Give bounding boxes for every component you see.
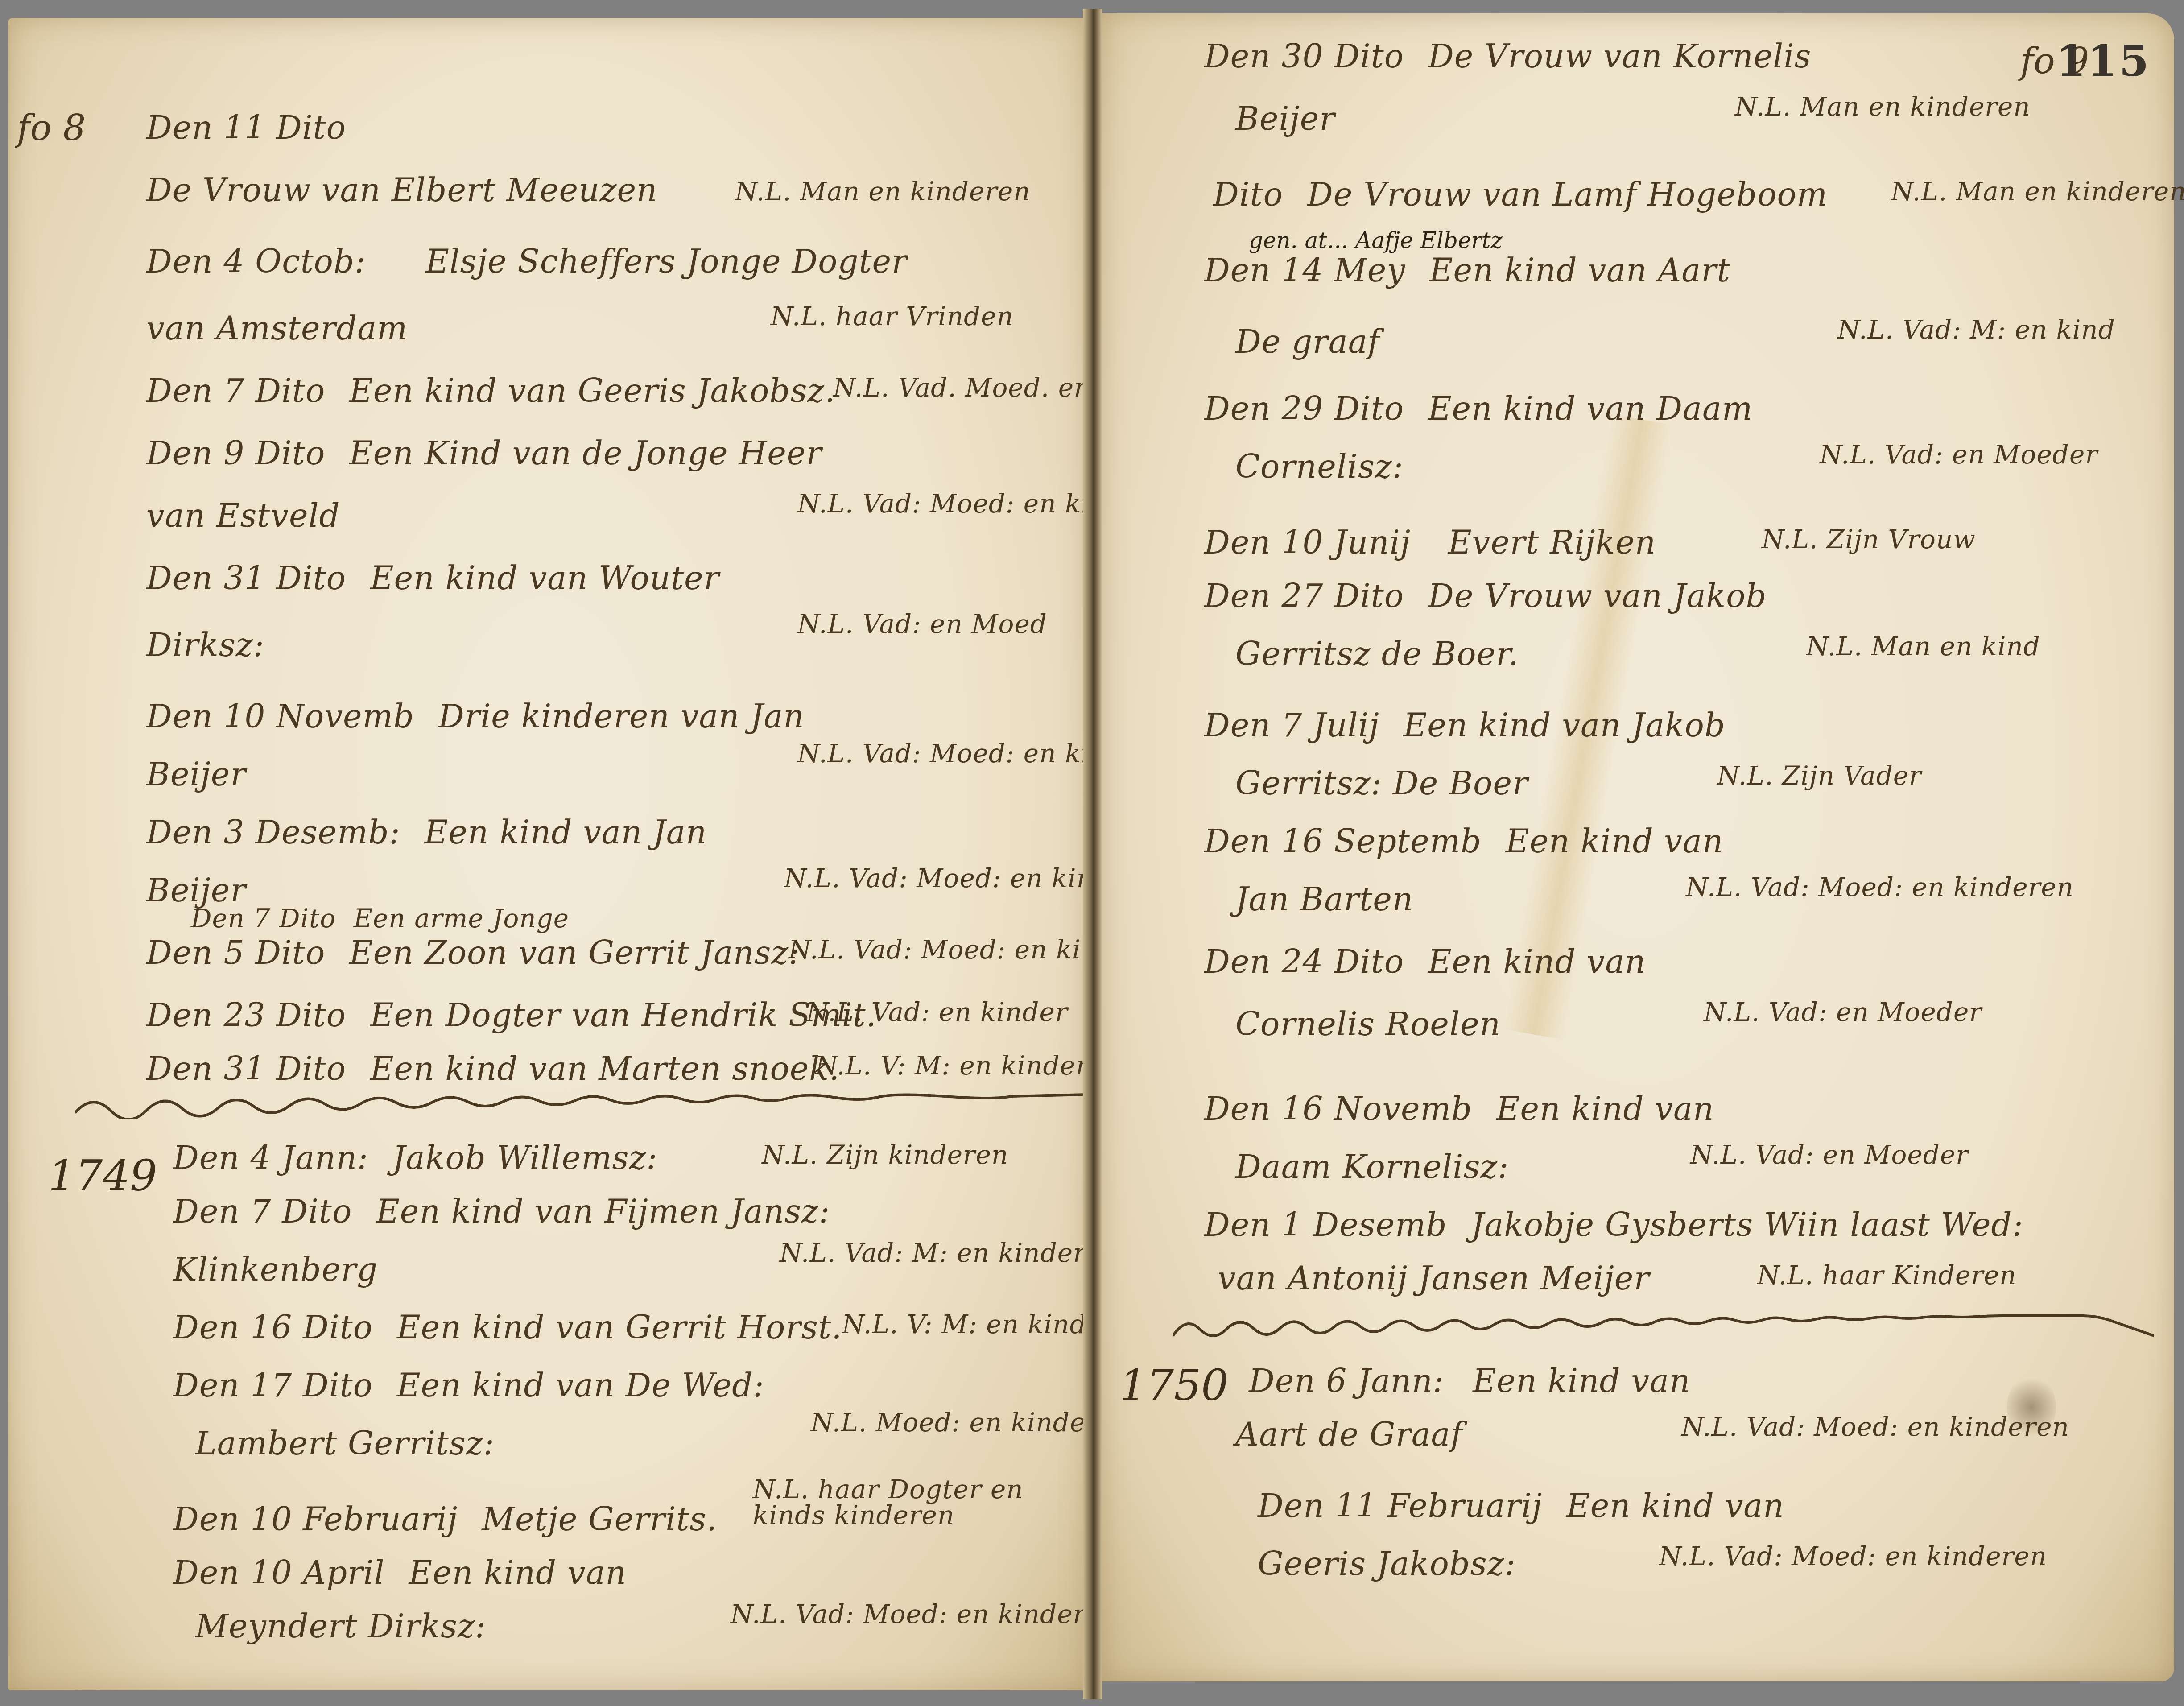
entry-line: Den 4 Jann: Jakob Willemsz: N.L. Zijn ki… (173, 1142, 658, 1174)
entry-survivors: N.L. Zijn kinderen (762, 1142, 1008, 1168)
entry-date: Den 7 Dito (146, 372, 325, 409)
entry-survivors: N.L. Vad: M: en kinderen (780, 1240, 1119, 1266)
entry-line: Lambert Gerritsz: N.L. Moed: en kinderen (195, 1427, 495, 1459)
open-register-book: fo 8 Den 11 Dito De Vrouw van Elbert Mee… (0, 0, 2184, 1706)
entry-date: Den 16 Septemb (1204, 822, 1482, 860)
left-page: fo 8 Den 11 Dito De Vrouw van Elbert Mee… (8, 18, 1087, 1690)
entry-text: Drie kinderen van Jan (438, 698, 805, 735)
year-divider-flourish (75, 1093, 1087, 1119)
entry-date: Den 7 Dito (191, 903, 336, 934)
entry-line: Daam Kornelisz: N.L. Vad: en Moeder (1235, 1151, 1509, 1183)
entry-date: Den 30 Dito (1204, 37, 1404, 75)
entry-line: Den 29 Dito Een kind van Daam (1204, 392, 1753, 425)
entry-line: Beijer N.L. Vad: Moed: en kinderen (146, 758, 246, 790)
entry-date: Den 11 Dito (146, 109, 346, 146)
entry-line: Den 31 Dito Een kind van Wouter (146, 562, 719, 594)
year-label: 1750 (1119, 1360, 1228, 1410)
entry-line: Den 16 Novemb Een kind van (1204, 1093, 1714, 1125)
entry-text: Dirksz: (146, 626, 264, 664)
right-page: fo 9 115 Den 30 Dito De Vrouw van Kornel… (1102, 13, 2174, 1681)
entry-line: Geeris Jakobsz: N.L. Vad: Moed: en kinde… (1258, 1548, 1516, 1580)
entry-survivors: N.L. haar Kinderen (1757, 1262, 2017, 1288)
entry-line: Den 5 Dito Een Zoon van Gerrit Jansz: N.… (146, 937, 800, 969)
entry-text: Jakob Willemsz: (392, 1139, 658, 1177)
inserted-annotation: gen. at... Aafje Elbertz (1249, 227, 1503, 253)
entry-line: Den 6 Jann: Een kind van (1249, 1365, 1690, 1397)
entry-survivors: N.L. Vad: Moed: en kinderen (1686, 874, 2074, 900)
entry-line: Den 31 Dito Een kind van Marten snoek. N… (146, 1053, 840, 1085)
entry-line: Beijer N.L. Vad: Moed: en kinder (146, 874, 246, 906)
entry-text: van Amsterdam (146, 310, 408, 347)
entry-text: Beijer (146, 756, 246, 793)
entry-survivors: N.L. Vad: M: en kind (1837, 317, 2115, 343)
entry-date: Den 23 Dito (146, 996, 346, 1034)
entry-line: Den 10 April Een kind van (173, 1557, 627, 1589)
entry-date: Den 10 April (173, 1554, 385, 1591)
entry-survivors: N.L. Man en kinderen (735, 178, 1031, 204)
entry-text: Een kind van Jakob (1404, 706, 1726, 744)
entry-line: Den 1 Desemb Jakobje Gysberts Wiin laast… (1204, 1209, 2023, 1241)
entry-date: Den 27 Dito (1204, 577, 1404, 615)
entry-date: Den 14 Mey (1204, 252, 1405, 289)
entry-survivors: N.L. haar Vrinden (771, 303, 1014, 329)
entry-text: Een kind van (1566, 1487, 1784, 1524)
entry-survivors: N.L. V: M: en kinder (815, 1053, 1089, 1078)
entry-line: Den 23 Dito Een Dogter van Hendrik Smit.… (146, 999, 877, 1031)
entry-text: Een kind van Jan (425, 814, 707, 851)
entry-text: Een kind van Fijmen Jansz: (376, 1193, 830, 1230)
entry-text: Jan Barten (1235, 880, 1413, 918)
entry-line: Den 16 Dito Een kind van Gerrit Horst. N… (173, 1311, 842, 1343)
entry-survivors: N.L. Vad: en Moed (797, 611, 1047, 637)
entry-line: De Vrouw van Elbert Meeuzen N.L. Man en … (146, 174, 657, 206)
entry-line: Den 10 Junij Evert Rijken N.L. Zijn Vrou… (1204, 526, 1656, 558)
entry-survivors: N.L. Vad: Moed: en kinderen (1659, 1543, 2047, 1569)
entry-date: Den 16 Dito (173, 1309, 373, 1346)
entry-text: Een kind van Marten snoek. (370, 1050, 840, 1087)
entry-date: Den 16 Novemb (1204, 1090, 1472, 1128)
entry-line: Den 7 Dito Een kind van Geeris Jakobsz. … (146, 375, 835, 407)
entry-survivors: N.L. Vad: Moed: en kind (797, 491, 1124, 516)
entry-line: Cornelisz: N.L. Vad: en Moeder (1235, 450, 1404, 483)
entry-survivors: N.L. Zijn Vrouw (1762, 526, 1976, 552)
entry-text: van Antonij Jansen Meijer (1218, 1260, 1650, 1297)
entry-text: Aart de Graaf (1235, 1416, 1463, 1453)
entry-line: Den 10 Februarij Metje Gerrits. N.L. haa… (173, 1503, 717, 1535)
entry-survivors: N.L. Vad: Moed: en kinderen (1681, 1414, 2069, 1440)
entry-line: Den 17 Dito Een kind van De Wed: (173, 1369, 764, 1401)
entry-text: Een arme Jonge (354, 903, 570, 934)
entry-text: Een kind van (1473, 1362, 1690, 1400)
book-spine-gutter (1083, 9, 1102, 1699)
entry-date: Den 9 Dito (146, 434, 325, 472)
entry-line: Klinkenberg N.L. Vad: M: en kinderen (173, 1253, 378, 1285)
entry-text: Een Dogter van Hendrik Smit. (370, 996, 877, 1034)
entry-line: Gerritsz de Boer. N.L. Man en kind (1235, 638, 1519, 670)
entry-survivors: N.L. Vad: en Moeder (1704, 999, 1982, 1025)
entry-text: Een kind van (1428, 943, 1646, 980)
folio-margin-note: fo 8 (17, 107, 86, 149)
entry-date: Den 7 Dito (173, 1193, 352, 1230)
entry-line: Dito De Vrouw van Lamf Hogeboom N.L. Man… (1213, 178, 1828, 211)
entry-date: Den 1 Desemb (1204, 1206, 1447, 1243)
entry-line: van Estveld N.L. Vad: Moed: en kind (146, 500, 340, 532)
entry-line: Cornelis Roelen N.L. Vad: en Moeder (1235, 1008, 1501, 1040)
entry-date: Den 4 Jann: (173, 1139, 368, 1177)
entry-date: Den 11 Februarij (1258, 1487, 1542, 1524)
entry-text: Een kind van De Wed: (397, 1367, 764, 1404)
entry-text: Meyndert Dirksz: (195, 1607, 486, 1645)
entry-text: De Vrouw van Kornelis (1428, 37, 1811, 75)
entry-date: Den 24 Dito (1204, 943, 1404, 980)
entry-text: De Vrouw van Jakob (1428, 577, 1767, 615)
entry-text: Een kind van Geeris Jakobsz. (349, 372, 835, 409)
entry-date: Den 3 Desemb: (146, 814, 400, 851)
entry-date: Dito (1213, 176, 1283, 213)
entry-date: Den 31 Dito (146, 1050, 346, 1087)
entry-survivors: N.L. Vad: en Moeder (1690, 1142, 1969, 1168)
entry-line: Dirksz: N.L. Vad: en Moed (146, 629, 264, 661)
entry-text: De graaf (1235, 323, 1380, 360)
entry-line: Gerritsz: De Boer N.L. Zijn Vader (1235, 767, 1528, 799)
entry-survivors: N.L. Zijn Vader (1717, 763, 1922, 789)
entry-line: Den 7 Julij Een kind van Jakob (1204, 709, 1726, 741)
page-number: 115 (2056, 36, 2151, 86)
entry-text: Een kind van (1506, 822, 1723, 860)
entry-text: Gerritsz: De Boer (1235, 764, 1528, 802)
entry-text: Beijer (1235, 100, 1335, 137)
entry-text: Een kind van Wouter (370, 559, 719, 597)
entry-text: Een Kind van de Jonge Heer (349, 434, 822, 472)
entry-survivors: N.L. Man en kind (1806, 633, 2040, 659)
entry-line: Den 7 Dito Een kind van Fijmen Jansz: (173, 1195, 830, 1227)
entry-line: van Amsterdam N.L. haar Vrinden (146, 312, 408, 344)
entry-text: Evert Rijken (1448, 524, 1656, 561)
entry-survivors: N.L. Vad: Moed: en kinderen (731, 1601, 1119, 1627)
entry-text: De Vrouw van Elbert Meeuzen (146, 171, 657, 209)
entry-line-inserted: Den 7 Dito Een arme Jonge (191, 905, 569, 931)
entry-date: Den 10 Junij (1204, 524, 1411, 561)
entry-line: Den 4 Octob: Elsje Scheffers Jonge Dogte… (146, 245, 908, 277)
entry-date: Den 17 Dito (173, 1367, 373, 1404)
entry-line: Meyndert Dirksz: N.L. Vad: Moed: en kind… (195, 1610, 486, 1642)
entry-survivors: N.L. Man en kinderen (1735, 94, 2031, 120)
entry-line: Den 11 Dito (146, 112, 346, 144)
entry-date: Den 5 Dito (146, 934, 325, 971)
entry-text: Metje Gerrits. (482, 1500, 717, 1538)
entry-survivors: N.L. Vad: Moed: en kind (789, 937, 1115, 962)
entry-line: Den 16 Septemb Een kind van (1204, 825, 1723, 857)
entry-line: Jan Barten N.L. Vad: Moed: en kinderen (1235, 883, 1413, 915)
entry-text: Daam Kornelisz: (1235, 1148, 1509, 1186)
entry-text: Cornelisz: (1235, 448, 1404, 485)
entry-line: Den 14 Mey Een kind van Aart (1204, 254, 1730, 286)
entry-text: Geeris Jakobsz: (1258, 1545, 1516, 1582)
entry-line: Den 11 Februarij Een kind van (1258, 1490, 1784, 1522)
entry-survivors: N.L. V: M: en kind (842, 1311, 1087, 1337)
entry-line: Den 24 Dito Een kind van (1204, 946, 1646, 978)
entry-survivors: N.L. Vad: en kinder (806, 999, 1068, 1025)
entry-text: Een kind van Aart (1429, 252, 1730, 289)
entry-text: Klinkenberg (173, 1251, 378, 1288)
entry-line: Den 27 Dito De Vrouw van Jakob (1204, 580, 1767, 612)
entry-date: Den 31 Dito (146, 559, 346, 597)
entry-survivors: N.L. haar Dogter en kinds kinderen (753, 1476, 1065, 1528)
entry-survivors: N.L. Vad: en Moeder (1820, 442, 2098, 467)
entry-line: Den 10 Novemb Drie kinderen van Jan (146, 700, 805, 732)
entry-date: Den 10 Novemb (146, 698, 414, 735)
entry-text: van Estveld (146, 497, 340, 534)
entry-line: Den 30 Dito De Vrouw van Kornelis (1204, 40, 1811, 72)
entry-line: van Antonij Jansen Meijer N.L. haar Kind… (1218, 1262, 1650, 1294)
entry-text: Lambert Gerritsz: (195, 1425, 495, 1462)
entry-text: Een kind van (1496, 1090, 1714, 1128)
entry-text: Een kind van (409, 1554, 627, 1591)
entry-line: Beijer N.L. Man en kinderen (1235, 103, 1335, 135)
entry-text: Cornelis Roelen (1235, 1005, 1501, 1043)
year-label: 1749 (48, 1151, 157, 1201)
entry-date: Den 4 Octob: (146, 243, 366, 280)
entry-text: De Vrouw van Lamf Hogeboom (1307, 176, 1828, 213)
year-divider-flourish (1173, 1311, 2154, 1338)
entry-date: Den 6 Jann: (1249, 1362, 1444, 1400)
entry-line: Den 3 Desemb: Een kind van Jan (146, 816, 707, 848)
entry-text: Een Zoon van Gerrit Jansz: (349, 934, 800, 971)
entry-date: Den 7 Julij (1204, 706, 1379, 744)
entry-date: Den 10 Februarij (173, 1500, 458, 1538)
entry-line: Aart de Graaf N.L. Vad: Moed: en kindere… (1235, 1418, 1463, 1450)
entry-text: Een kind van Daam (1428, 390, 1753, 427)
entry-text: Gerritsz de Boer. (1235, 635, 1519, 673)
entry-date: Den 29 Dito (1204, 390, 1404, 427)
entry-text: Jakobje Gysberts Wiin laast Wed: (1471, 1206, 2023, 1243)
entry-text: Een kind van Gerrit Horst. (397, 1309, 842, 1346)
entry-line: Den 9 Dito Een Kind van de Jonge Heer (146, 437, 822, 469)
entry-text: Elsje Scheffers Jonge Dogter (425, 243, 907, 280)
entry-survivors: N.L. Man en kinderen (1891, 178, 2184, 204)
entry-line: De graaf N.L. Vad: M: en kind (1235, 326, 1380, 358)
